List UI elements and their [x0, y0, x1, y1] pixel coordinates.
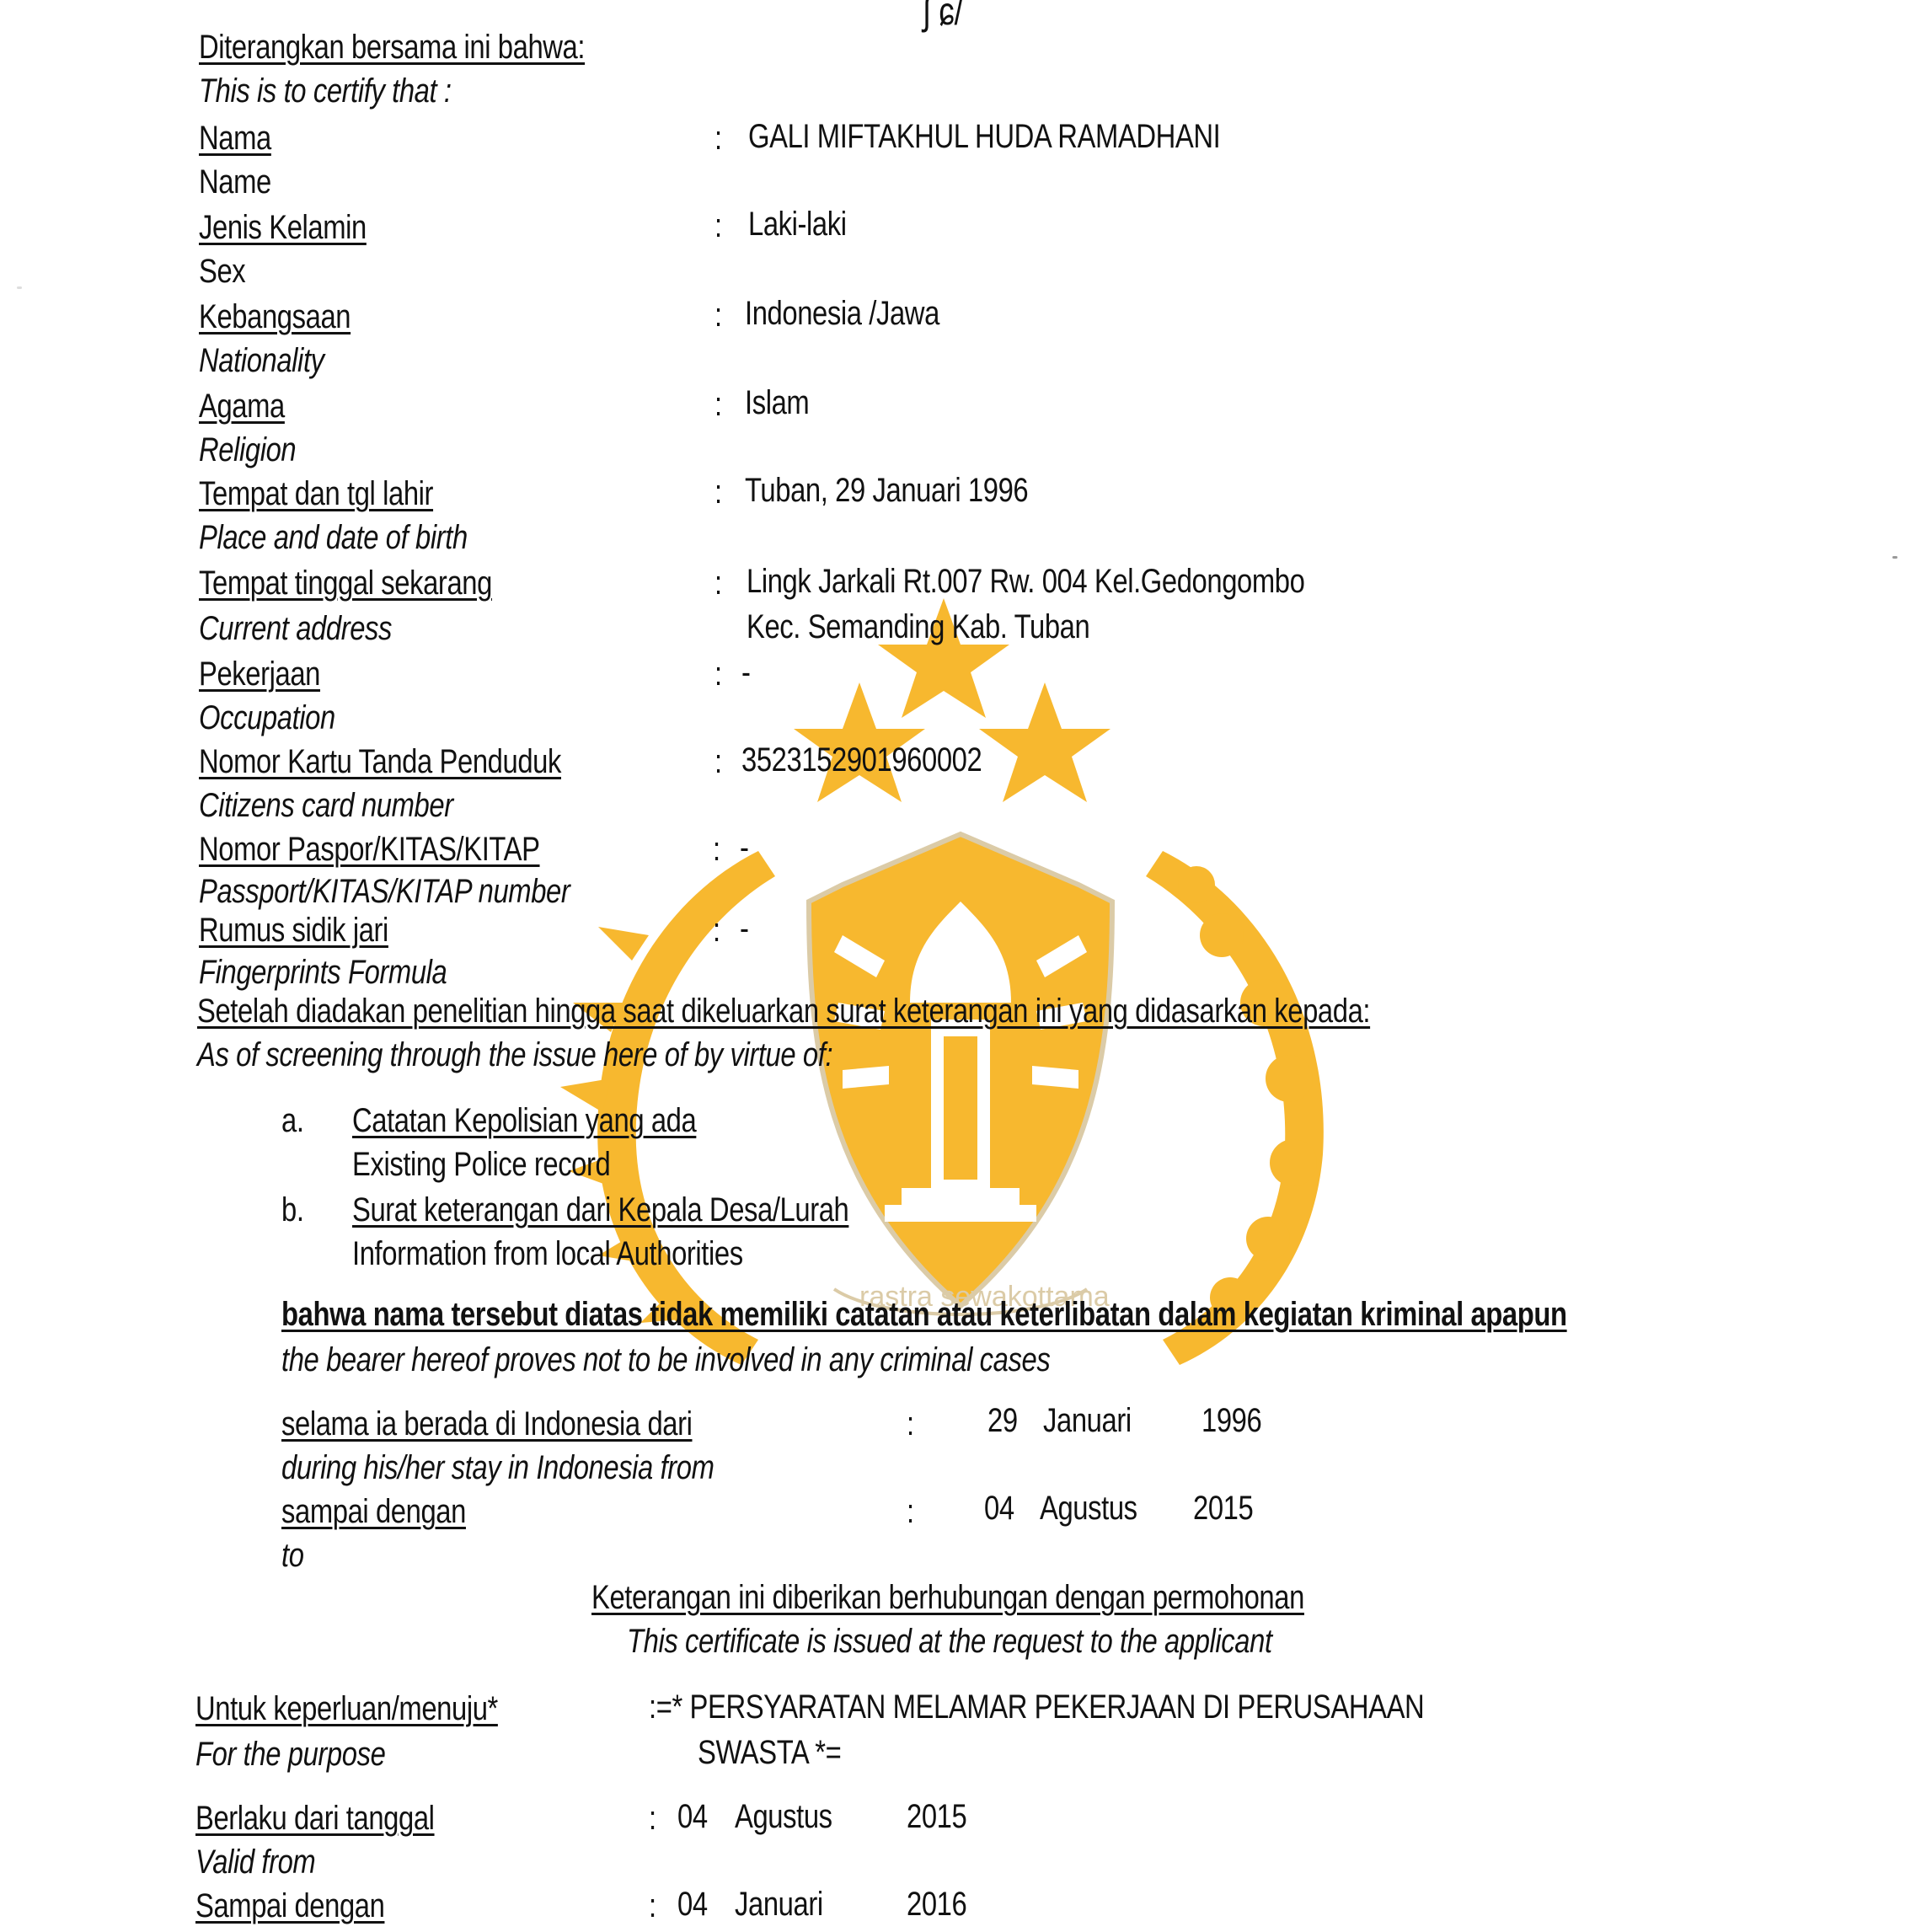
separator: :	[714, 295, 722, 335]
separator: :	[714, 118, 722, 158]
value-nationality: Indonesia /Jawa	[745, 293, 939, 334]
top-handwritten-mark: ʃ ɕ/	[923, 0, 963, 34]
value-ktp: 3523152901960002	[741, 740, 982, 780]
separator: :	[649, 1886, 656, 1926]
purpose-value-line1: :=* PERSYARATAN MELAMAR PEKERJAAN DI PER…	[649, 1687, 1424, 1727]
label-religion-id: Agama	[199, 386, 285, 426]
purpose-value-line2: SWASTA *=	[698, 1732, 841, 1773]
label-name-en: Name	[199, 162, 271, 202]
label-ktp-id: Nomor Kartu Tanda Penduduk	[199, 741, 561, 782]
basis-item-a-en: Existing Police record	[352, 1144, 610, 1185]
value-occupation: -	[741, 652, 751, 693]
statement-en: the bearer hereof proves not to be invol…	[281, 1340, 1050, 1380]
valid-from-month: Agustus	[735, 1796, 832, 1837]
value-birth: Tuban, 29 Januari 1996	[745, 470, 1028, 511]
label-sex-en: Sex	[199, 251, 245, 292]
label-religion-en: Religion	[199, 430, 296, 470]
basis-item-b-id: Surat keterangan dari Kepala Desa/Lurah	[352, 1190, 848, 1230]
basis-item-b-marker: b.	[281, 1190, 304, 1230]
separator: :	[713, 910, 720, 950]
stay-from-day: 29	[987, 1400, 1018, 1441]
basis-item-b-en: Information from local Authorities	[352, 1234, 743, 1274]
label-occupation-en: Occupation	[199, 698, 335, 738]
label-nationality-id: Kebangsaan	[199, 297, 351, 337]
stay-to-day: 04	[984, 1488, 1014, 1528]
separator: :	[714, 384, 722, 425]
label-address-en: Current address	[199, 608, 392, 649]
separator: :	[714, 563, 722, 603]
stay-to-label-id: sampai dengan	[281, 1491, 466, 1532]
valid-until-year: 2016	[907, 1884, 966, 1924]
stay-to-label-en: to	[281, 1535, 304, 1576]
label-address-id: Tempat tinggal sekarang	[199, 563, 492, 603]
value-fingerprint: -	[740, 908, 749, 949]
separator: :	[713, 829, 720, 870]
scan-speck	[17, 286, 22, 289]
valid-until-day: 04	[677, 1884, 708, 1924]
value-religion: Islam	[745, 383, 809, 423]
separator: :	[714, 206, 722, 246]
basis-en: As of screening through the issue here o…	[197, 1035, 832, 1075]
separator: :	[714, 654, 722, 694]
label-fingerprint-id: Rumus sidik jari	[199, 910, 388, 950]
value-sex: Laki-laki	[748, 204, 847, 244]
statement-id: bahwa nama tersebut diatas tidak memilik…	[281, 1294, 1567, 1335]
basis-id: Setelah diadakan penelitian hingga saat …	[197, 991, 1370, 1031]
stay-from-month: Januari	[1043, 1400, 1132, 1441]
request-id: Keterangan ini diberikan berhubungan den…	[591, 1577, 1304, 1618]
separator: :	[714, 741, 722, 782]
label-passport-en: Passport/KITAS/KITAP number	[199, 871, 570, 912]
label-birth-en: Place and date of birth	[199, 517, 468, 558]
valid-from-label-en: Valid from	[195, 1842, 315, 1882]
purpose-label-id: Untuk keperluan/menuju*	[195, 1688, 498, 1729]
label-fingerprint-en: Fingerprints Formula	[199, 952, 447, 993]
stay-to-month: Agustus	[1040, 1488, 1137, 1528]
separator: :	[907, 1491, 914, 1532]
label-birth-id: Tempat dan tgl lahir	[199, 474, 433, 514]
value-passport: -	[740, 827, 749, 868]
value-name: GALI MIFTAKHUL HUDA RAMADHANI	[748, 116, 1220, 157]
purpose-label-en: For the purpose	[195, 1734, 385, 1774]
separator: :	[907, 1404, 914, 1444]
separator: :	[649, 1798, 656, 1838]
label-passport-id: Nomor Paspor/KITAS/KITAP	[199, 829, 540, 870]
scan-speck	[1892, 556, 1897, 559]
stay-to-year: 2015	[1193, 1488, 1253, 1528]
basis-item-a-marker: a.	[281, 1100, 304, 1141]
valid-until-month: Januari	[735, 1884, 823, 1924]
request-en: This certificate is issued at the reques…	[627, 1621, 1272, 1662]
valid-from-year: 2015	[907, 1796, 966, 1837]
label-sex-id: Jenis Kelamin	[199, 207, 367, 248]
label-name-id: Nama	[199, 118, 271, 158]
value-address-line2: Kec. Semanding Kab. Tuban	[747, 607, 1089, 647]
basis-item-a-id: Catatan Kepolisian yang ada	[352, 1100, 696, 1141]
stay-from-label-id: selama ia berada di Indonesia dari	[281, 1404, 693, 1444]
stay-from-label-en: during his/her stay in Indonesia from	[281, 1448, 714, 1488]
label-occupation-id: Pekerjaan	[199, 654, 320, 694]
valid-from-day: 04	[677, 1796, 708, 1837]
label-ktp-en: Citizens card number	[199, 785, 453, 826]
intro-en: This is to certify that :	[199, 71, 452, 111]
valid-from-label-id: Berlaku dari tanggal	[195, 1798, 435, 1838]
separator: :	[714, 472, 722, 512]
stay-from-year: 1996	[1201, 1400, 1261, 1441]
label-nationality-en: Nationality	[199, 340, 324, 381]
police-certificate-page: rastra sewakottama ʃ ɕ/ Diterangkan bers…	[0, 0, 1932, 1932]
valid-until-label-id: Sampai dengan	[195, 1886, 384, 1926]
value-address-line1: Lingk Jarkali Rt.007 Rw. 004 Kel.Gedongo…	[747, 561, 1304, 602]
intro-id: Diterangkan bersama ini bahwa:	[199, 27, 585, 67]
